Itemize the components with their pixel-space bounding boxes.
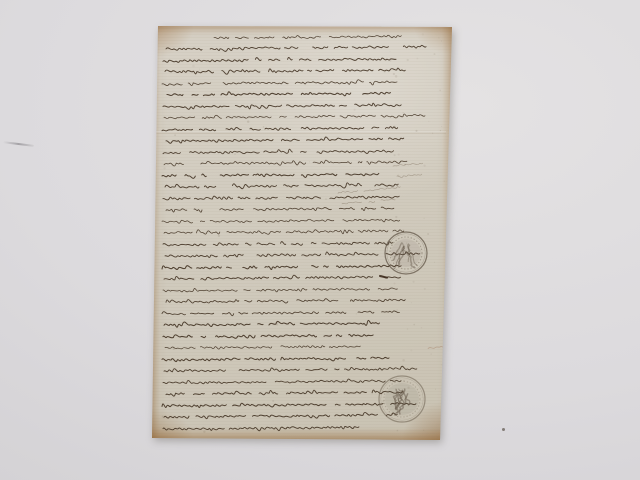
upper-ink-stamp: [385, 232, 427, 274]
lower-ink-stamp: [379, 376, 425, 422]
manuscript-page: [152, 26, 452, 440]
manuscript-page-wrap: [152, 26, 452, 440]
backdrop-scratch: [3, 141, 34, 147]
handwriting-lines: [162, 35, 426, 432]
ink-show-through-marks: [162, 33, 447, 433]
handwriting-svg: [152, 26, 452, 440]
photo-backdrop: [0, 0, 640, 480]
ink-blot: [380, 276, 387, 278]
backdrop-speck: [502, 428, 505, 431]
